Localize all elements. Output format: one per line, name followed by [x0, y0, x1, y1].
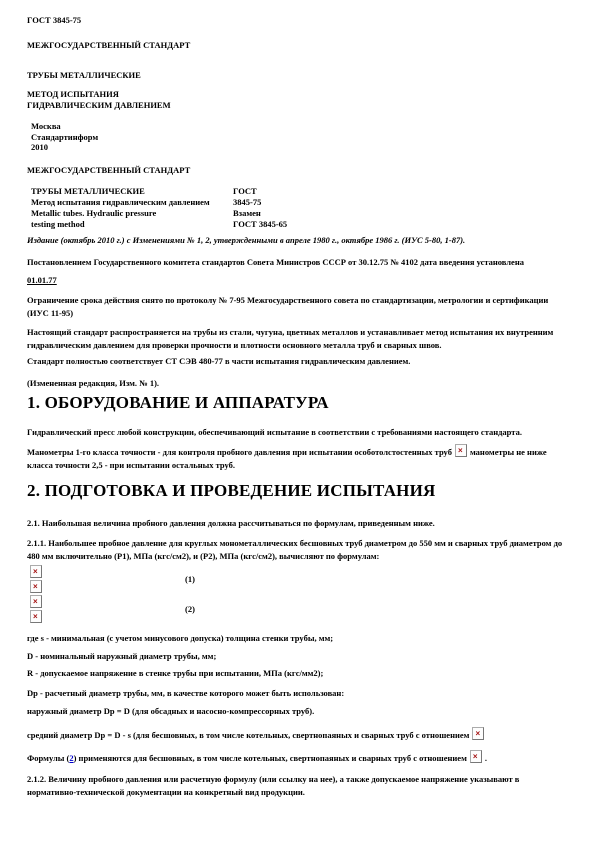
decree-paragraph: Постановлением Государственного комитета… [27, 256, 570, 269]
broken-image-icon: × [30, 580, 42, 593]
definition-r: R - допускаемое напряжение в стенке труб… [27, 667, 570, 680]
formulas-apply-paragraph: Формулы (2) применяются для бесшовных, в… [27, 750, 570, 765]
standard-type-label-2: МЕЖГОСУДАРСТВЕННЫЙ СТАНДАРТ [27, 164, 570, 177]
definition-s: где s - минимальная (с учетом минусового… [27, 632, 570, 645]
manometers-text-before: Манометры 1-го класса точности - для кон… [27, 447, 452, 457]
header-table: ТРУБЫ МЕТАЛЛИЧЕСКИЕ Метод испытания гидр… [31, 186, 570, 230]
standard-type-label: МЕЖГОСУДАРСТВЕННЫЙ СТАНДАРТ [27, 39, 570, 52]
broken-image-icon: × [30, 595, 42, 608]
imprint-publisher: Стандартинформ [31, 132, 98, 142]
document-page: ГОСТ 3845-75 МЕЖГОСУДАРСТВЕННЫЙ СТАНДАРТ… [0, 0, 595, 842]
definition-d: D - номинальный наружный диаметр трубы, … [27, 650, 570, 663]
doc-title: ТРУБЫ МЕТАЛЛИЧЕСКИЕ [27, 69, 570, 82]
section-1-heading: 1. ОБОРУДОВАНИЕ И АППАРАТУРА [27, 394, 570, 412]
scope-paragraph: Настоящий стандарт распространяется на т… [27, 326, 570, 352]
doc-subtitle-line1: МЕТОД ИСПЫТАНИЯ [27, 89, 119, 99]
formulas-apply-text-mid: ) применяются для бесшовных, в том числе… [74, 753, 467, 763]
compliance-paragraph: Стандарт полностью соответствует СТ СЭВ … [27, 355, 570, 368]
header-title-en: Metallic tubes. Hydraulic pressure [31, 208, 156, 218]
imprint-city: Москва [31, 121, 61, 131]
formula-1-row: × × (1) [30, 565, 570, 593]
formula-1-images: × × [30, 565, 44, 593]
mid-diameter-text: средний диаметр Dр = D - s (для бесшовны… [27, 730, 469, 740]
outer-diameter-paragraph: наружный диаметр Dр = D (для обсадных и … [27, 705, 570, 718]
header-method-ru: Метод испытания гидравлическим давлением [31, 197, 210, 207]
formula-2-images: × × [30, 595, 44, 623]
broken-image-x-glyph: × [33, 611, 38, 622]
broken-image-x-glyph: × [473, 751, 478, 762]
clause-2-1-1: 2.1.1. Наибольшее пробное давление для к… [27, 537, 570, 563]
doc-code: ГОСТ 3845-75 [27, 14, 570, 27]
clause-2-1-2: 2.1.2. Величину пробного давления или ра… [27, 773, 570, 799]
broken-image-icon: × [30, 565, 42, 578]
broken-image-icon: × [455, 444, 467, 457]
broken-image-x-glyph: × [33, 581, 38, 592]
amendment-note: (Измененная редакция, Изм. № 1). [27, 377, 570, 390]
header-title-ru: ТРУБЫ МЕТАЛЛИЧЕСКИЕ [31, 186, 145, 196]
broken-image-icon: × [470, 750, 482, 763]
broken-image-x-glyph: × [33, 566, 38, 577]
imprint-year: 2010 [31, 142, 48, 152]
formula-1-number: (1) [185, 573, 195, 586]
formulas-apply-text-end: . [485, 753, 487, 763]
limitation-note: Ограничение срока действия снято по прот… [27, 294, 570, 320]
header-gost-label: ГОСТ [233, 186, 257, 196]
doc-subtitle: МЕТОД ИСПЫТАНИЯ ГИДРАВЛИЧЕСКИМ ДАВЛЕНИЕМ [27, 89, 570, 111]
mid-diameter-paragraph: средний диаметр Dр = D - s (для бесшовны… [27, 727, 570, 742]
broken-image-x-glyph: × [475, 728, 480, 739]
press-paragraph: Гидравлический пресс любой конструкции, … [27, 426, 570, 439]
broken-image-icon: × [472, 727, 484, 740]
header-table-right-column: ГОСТ 3845-75 Взамен ГОСТ 3845-65 [233, 186, 570, 230]
broken-image-x-glyph: × [33, 596, 38, 607]
manometers-paragraph: Манометры 1-го класса точности - для кон… [27, 444, 570, 472]
section-2-heading: 2. ПОДГОТОВКА И ПРОВЕДЕНИЕ ИСПЫТАНИЯ [27, 482, 570, 500]
clause-2-1: 2.1. Наибольшая величина пробного давлен… [27, 517, 570, 530]
header-replaced-standard: ГОСТ 3845-65 [233, 219, 287, 229]
broken-image-x-glyph: × [458, 445, 463, 456]
header-table-left-column: ТРУБЫ МЕТАЛЛИЧЕСКИЕ Метод испытания гидр… [31, 186, 233, 230]
header-gost-number: 3845-75 [233, 197, 261, 207]
header-method-en: testing method [31, 219, 85, 229]
imprint-block: Москва Стандартинформ 2010 [31, 121, 570, 153]
edition-note: Издание (октябрь 2010 г.) с Изменениями … [27, 234, 570, 247]
effective-date: 01.01.77 [27, 274, 570, 287]
doc-subtitle-line2: ГИДРАВЛИЧЕСКИМ ДАВЛЕНИЕМ [27, 100, 171, 110]
broken-image-icon: × [30, 610, 42, 623]
header-replaces-label: Взамен [233, 208, 261, 218]
formula-2-number: (2) [185, 603, 195, 616]
formulas-apply-text-before: Формулы ( [27, 753, 69, 763]
definition-dp: Dр - расчетный диаметр трубы, мм, в каче… [27, 687, 570, 700]
formulas-block: × × (1) × × (2) [27, 565, 570, 623]
formula-2-row: × × (2) [30, 595, 570, 623]
